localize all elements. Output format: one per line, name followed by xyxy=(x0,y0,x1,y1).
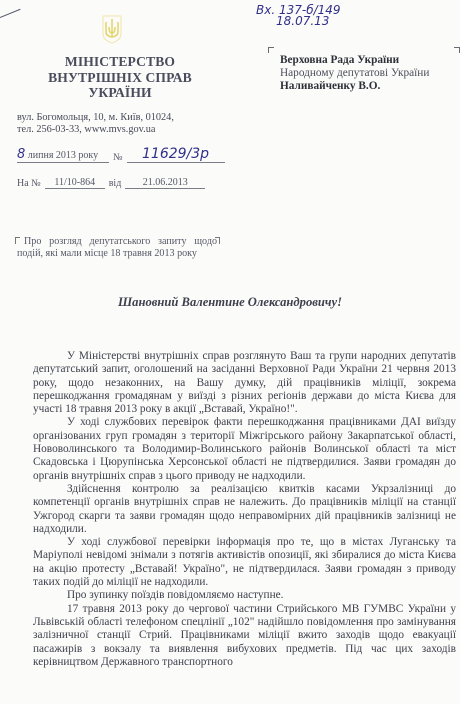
body-paragraph: У ході службової перевірки інформація пр… xyxy=(33,536,456,589)
reference-row: На № 11/10-864 від 21.06.2013 xyxy=(17,177,205,189)
pen-stroke-mark xyxy=(0,9,21,18)
ministry-title-line: УКРАЇНИ xyxy=(20,85,220,101)
trident-emblem-icon xyxy=(101,14,123,44)
reference-date-label: від xyxy=(109,178,122,189)
letter-subject: Про розгляд депутатського запиту щодо по… xyxy=(17,236,217,261)
outgoing-month-year: липня 2013 року xyxy=(28,150,98,161)
addressee-position: Народному депутатові України xyxy=(280,67,429,80)
addressee-block: Верховна Рада України Народному депутато… xyxy=(280,54,429,94)
subject-bracket-right xyxy=(215,237,220,244)
ministry-title-line: МІНІСТЕРСТВО xyxy=(20,54,220,70)
address-street: вул. Богомольця, 10, м. Київ, 01024, xyxy=(17,112,174,124)
body-paragraph: Про зупинку поїздів повідомляємо наступн… xyxy=(33,589,456,602)
body-paragraph: У Міністерстві внутрішніх справ розгляну… xyxy=(33,350,456,416)
addressee-name: Наливайченку В.О. xyxy=(280,80,429,93)
subject-text: Про розгляд депутатського запиту щодо по… xyxy=(17,236,217,259)
salutation: Шановний Валентине Олександровичу! xyxy=(0,295,460,310)
subject-bracket-left xyxy=(15,237,20,244)
sender-address: вул. Богомольця, 10, м. Київ, 01024, тел… xyxy=(17,112,174,136)
ministry-title: МІНІСТЕРСТВО ВНУТРІШНІХ СПРАВ УКРАЇНИ xyxy=(20,54,220,101)
reference-number: 11/10-864 xyxy=(45,177,105,189)
addressee-organization: Верховна Рада України xyxy=(280,54,429,67)
ministry-title-line: ВНУТРІШНІХ СПРАВ xyxy=(20,70,220,86)
reference-label: На № xyxy=(17,178,41,189)
outgoing-day: 8 xyxy=(17,147,25,162)
addressee-bracket-left xyxy=(268,47,274,53)
letter-body: У Міністерстві внутрішніх справ розгляну… xyxy=(33,350,456,669)
address-contact: тел. 256-03-33, www.mvs.gov.ua xyxy=(17,124,174,136)
reference-date: 21.06.2013 xyxy=(125,177,205,189)
addressee-bracket-right xyxy=(454,47,460,53)
body-paragraph: У ході службових перевірок факти перешко… xyxy=(33,416,456,482)
registration-date: 18.07.13 xyxy=(256,16,341,27)
outgoing-date: 8 липня 2013 року xyxy=(17,147,109,163)
body-paragraph: 17 травня 2013 року до чергової частини … xyxy=(33,603,456,669)
registration-stamp: Вх. 137-б/149 18.07.13 xyxy=(256,5,341,27)
outgoing-number-label: № xyxy=(113,152,123,163)
outgoing-number: 11629/3р xyxy=(127,146,225,163)
body-paragraph: Здійснення контролю за реалізацією квитк… xyxy=(33,483,456,536)
outgoing-date-row: 8 липня 2013 року № 11629/3р xyxy=(17,146,225,163)
